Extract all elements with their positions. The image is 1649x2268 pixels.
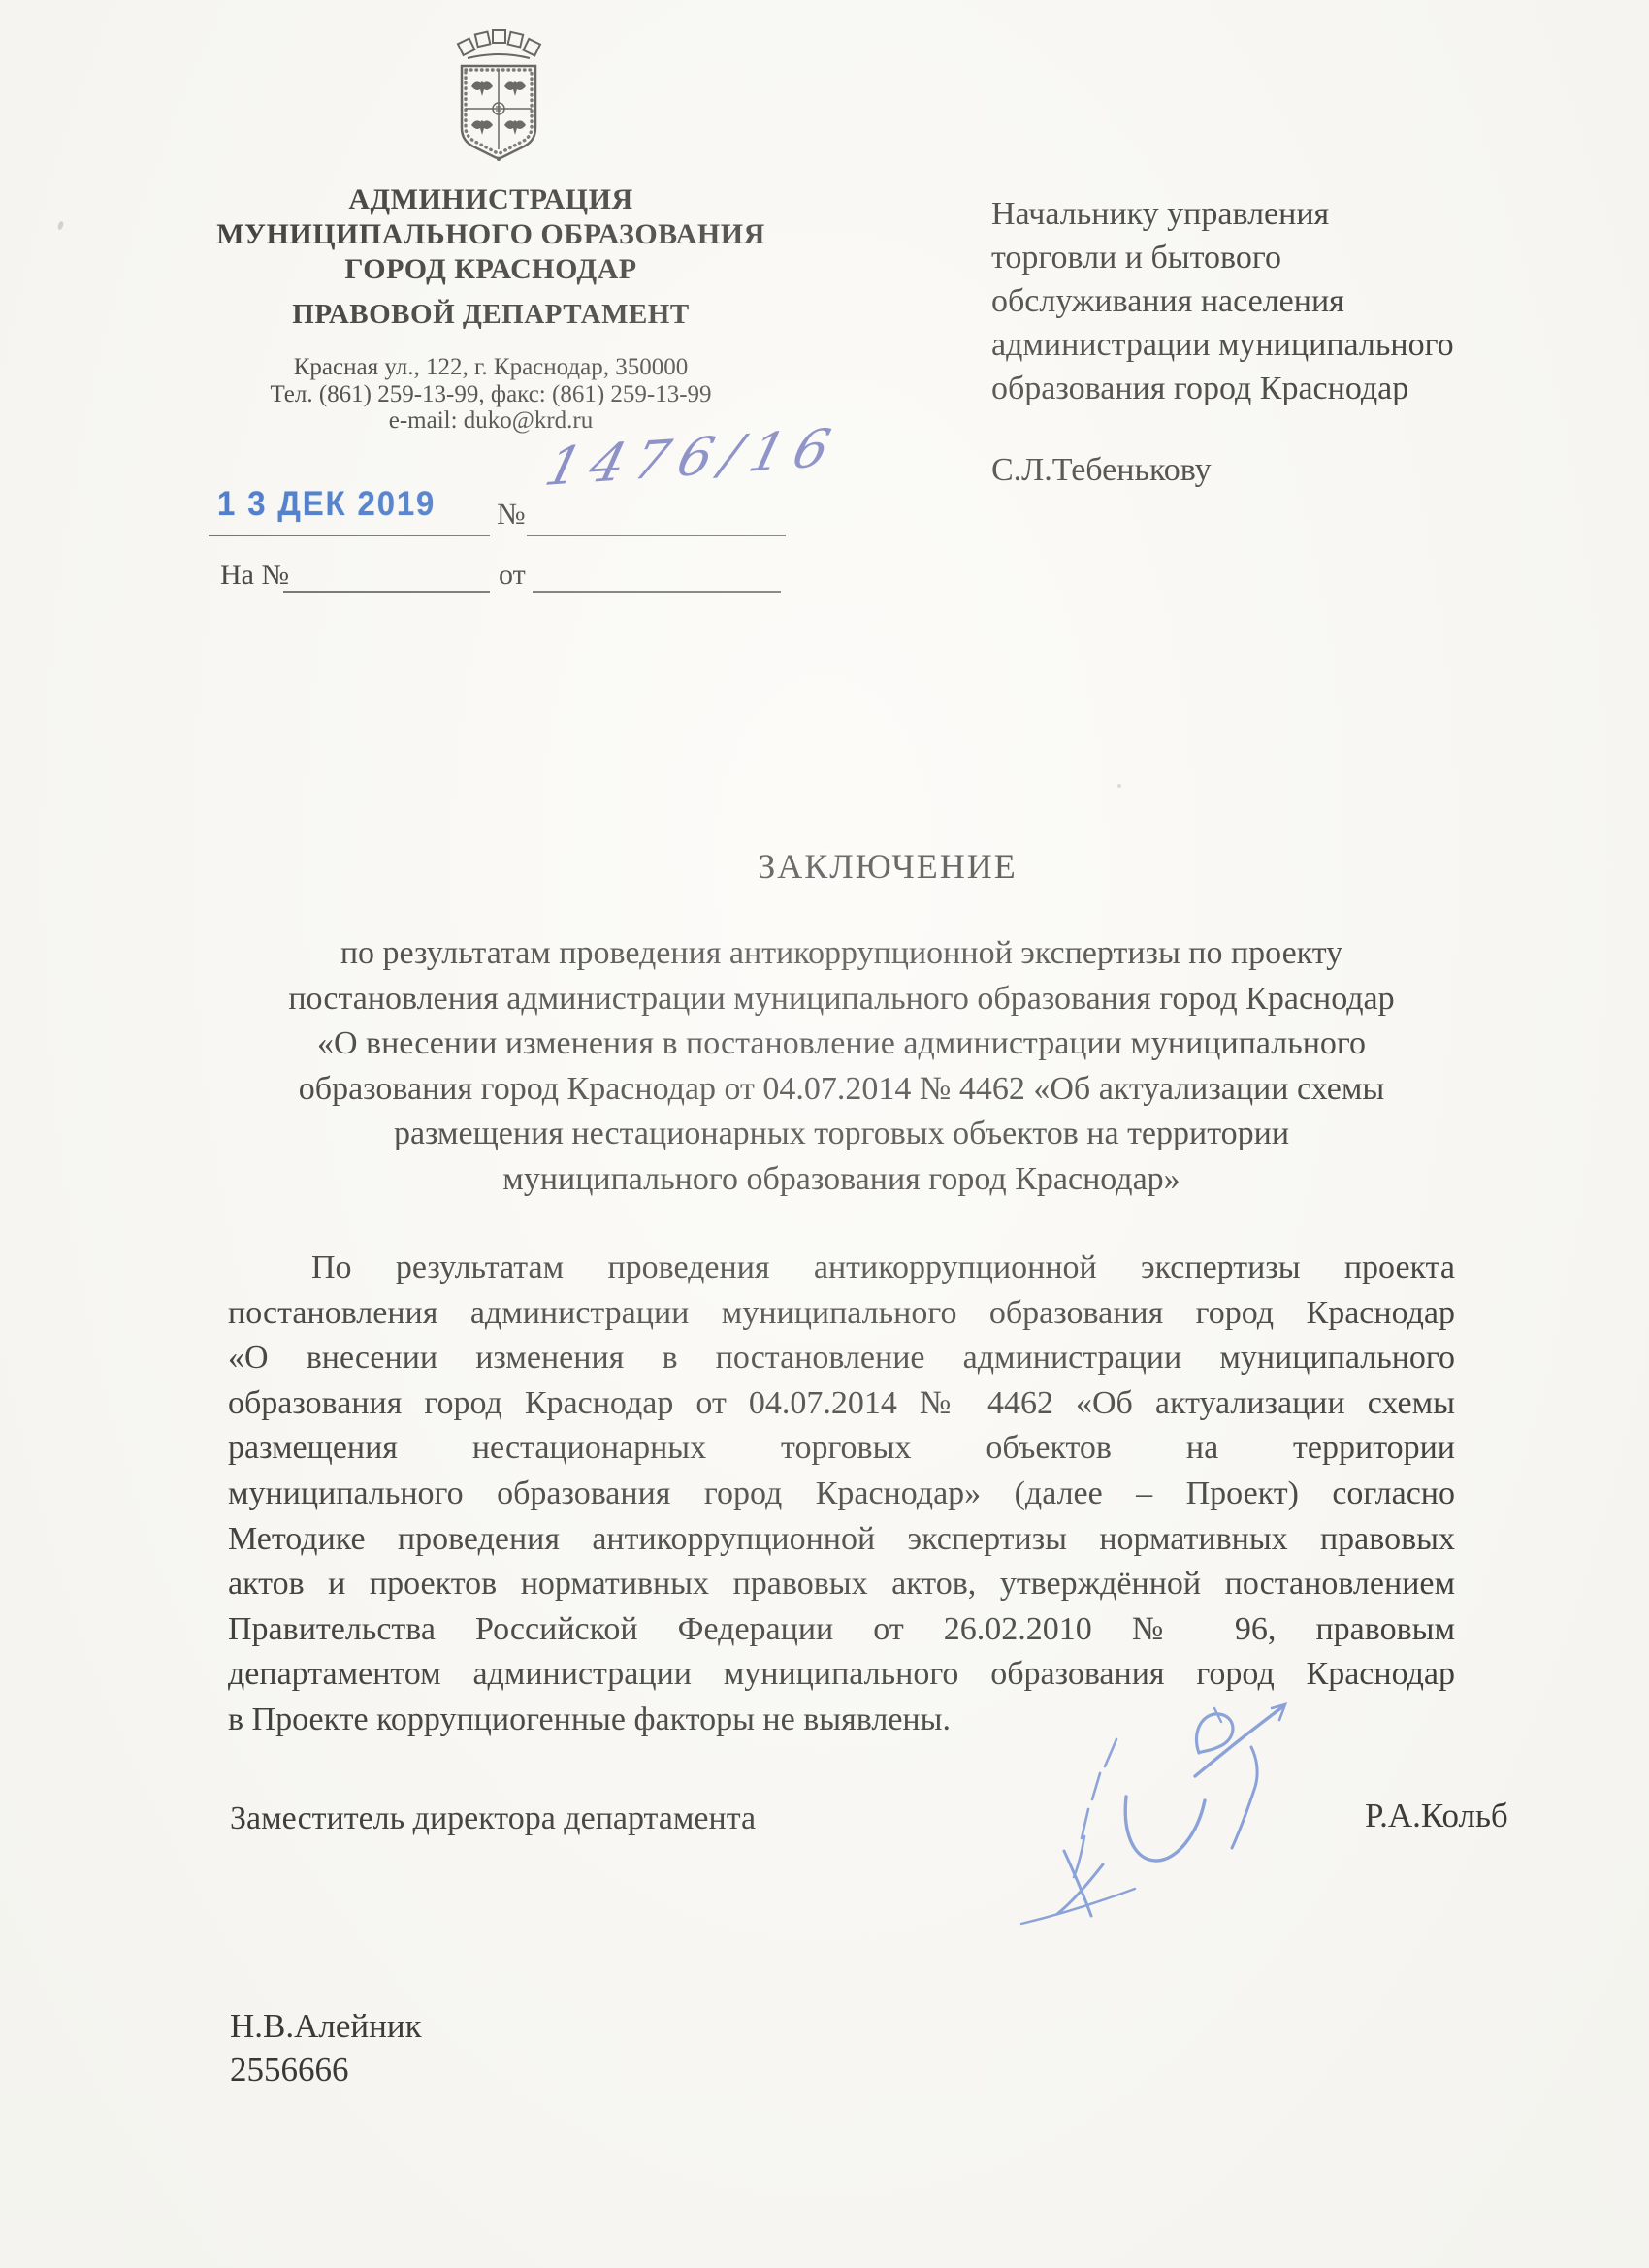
executor-phone: 2556666 xyxy=(230,2048,422,2091)
executor-name: Н.В.Алейник xyxy=(230,2004,422,2048)
subtitle-line-2: постановления администрации муниципально… xyxy=(228,977,1455,1022)
body-line-7: Методике проведения антикоррупционной эк… xyxy=(228,1517,1455,1563)
signature-icon xyxy=(955,1673,1295,1945)
address-line-2: Тел. (861) 259-13-99, факс: (861) 259-13… xyxy=(144,381,838,408)
document-page: АДМИНИСТРАЦИЯ МУНИЦИПАЛЬНОГО ОБРАЗОВАНИЯ… xyxy=(0,0,1649,2268)
org-name-line-1: АДМИНИСТРАЦИЯ xyxy=(144,182,838,217)
signer-position: Заместитель директора департамента xyxy=(230,1800,756,1837)
reply-to-label: На № xyxy=(220,559,289,592)
document-title: ЗАКЛЮЧЕНИЕ xyxy=(228,846,1455,887)
subtitle-line-1: по результатам проведения антикоррупцион… xyxy=(228,931,1455,977)
org-address-block: Красная ул., 122, г. Краснодар, 350000 Т… xyxy=(144,354,838,435)
number-underline xyxy=(527,535,786,536)
reply-date-label: от xyxy=(499,559,526,592)
body-line-2: постановления администрации муниципально… xyxy=(228,1291,1455,1337)
addressee-line-5: образования город Краснодар xyxy=(991,367,1476,410)
body-line-1: По результатам проведения антикоррупцион… xyxy=(228,1246,1455,1291)
body-line-9: Правительства Российской Федерации от 26… xyxy=(228,1607,1455,1653)
letterhead-org-block: АДМИНИСТРАЦИЯ МУНИЦИПАЛЬНОГО ОБРАЗОВАНИЯ… xyxy=(144,182,838,435)
scan-speck xyxy=(57,220,65,230)
addressee-line-3: обслуживания населения xyxy=(991,279,1476,323)
document-subtitle: по результатам проведения антикоррупцион… xyxy=(228,931,1455,1203)
org-name-line-3: ГОРОД КРАСНОДАР xyxy=(144,252,838,287)
addressee-line-1: Начальнику управления xyxy=(991,192,1476,236)
department-name: ПРАВОВОЙ ДЕПАРТАМЕНТ xyxy=(144,299,838,331)
body-line-3: «О внесении изменения в постановление ад… xyxy=(228,1336,1455,1381)
body-paragraph: По результатам проведения антикоррупцион… xyxy=(228,1246,1455,1743)
address-line-1: Красная ул., 122, г. Краснодар, 350000 xyxy=(144,354,838,381)
addressee-line-2: торговли и бытового xyxy=(991,236,1476,279)
scan-speck xyxy=(1117,784,1121,788)
number-sign-label: № xyxy=(497,497,526,532)
executor-block: Н.В.Алейник 2556666 xyxy=(230,2004,422,2091)
date-underline xyxy=(209,535,490,536)
reply-number-underline xyxy=(283,591,490,593)
addressee-block: Начальнику управления торговли и бытовог… xyxy=(991,192,1476,410)
org-name-line-2: МУНИЦИПАЛЬНОГО ОБРАЗОВАНИЯ xyxy=(144,217,838,252)
krasnodar-coat-of-arms-icon xyxy=(452,25,545,171)
body-line-5: размещения нестационарных торговых объек… xyxy=(228,1426,1455,1472)
addressee-line-4: администрации муниципального xyxy=(991,323,1476,367)
subtitle-line-3: «О внесении изменения в постановление ад… xyxy=(228,1021,1455,1067)
signer-name: Р.А.Кольб xyxy=(1365,1797,1508,1835)
date-stamp: 1 3 ДЕК 2019 xyxy=(217,485,436,524)
subtitle-line-5: размещения нестационарных торговых объек… xyxy=(228,1112,1455,1157)
subtitle-line-4: образования город Краснодар от 04.07.201… xyxy=(228,1067,1455,1113)
body-line-6: муниципального образования город Краснод… xyxy=(228,1472,1455,1517)
body-line-4: образования город Краснодар от 04.07.201… xyxy=(228,1381,1455,1427)
subtitle-line-6: муниципального образования город Краснод… xyxy=(228,1157,1455,1203)
reply-date-underline xyxy=(533,591,781,593)
addressee-name: С.Л.Тебенькову xyxy=(991,452,1212,489)
body-line-8: актов и проектов нормативных правовых ак… xyxy=(228,1562,1455,1607)
